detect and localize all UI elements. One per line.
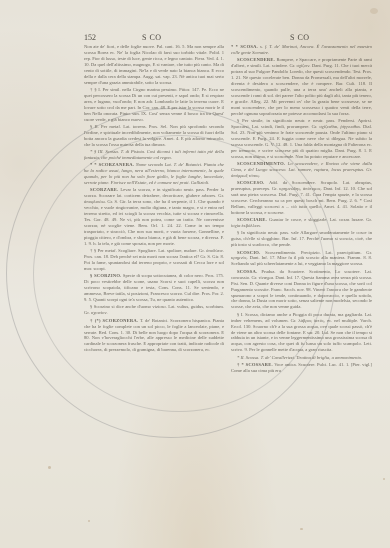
entry-headword: † (*) SCORZONERA. xyxy=(90,318,138,323)
entry-definition: § I. Scossa, diciamo anche a Pioggia di … xyxy=(231,312,372,353)
dictionary-entry: * * SCOSA. s. f. T. de' Marinai, Ancora.… xyxy=(231,44,372,56)
entry-definition: Non ate de' fiori, e delle foglie nuove.… xyxy=(84,44,224,85)
dictionary-entry: SCOSCESO. Add. da Scoscendere. Scrupolo.… xyxy=(231,180,372,216)
dictionary-entry: SCOSCIO. Scoscendimento. Precipizio. Lat… xyxy=(231,250,372,268)
dictionary-entry: § I. Scossa, diciamo anche a Pioggia di … xyxy=(231,312,372,354)
left-column: Non ate de' fiori, e delle foglie nuove.… xyxy=(84,44,224,355)
entry-headword: SCOSCENDIMENTO. xyxy=(237,161,285,166)
entry-headword: SCOSCIARE. xyxy=(237,217,267,222)
dictionary-entry: § In significato neutr. pass. vale Allar… xyxy=(231,230,372,248)
entry-headword: SCOSCENDERE. xyxy=(237,57,275,62)
entry-definition: † § Per metaf. Scogliare. Spogliare. Lat… xyxy=(84,248,224,271)
foxing-spot xyxy=(370,8,378,14)
entry-definition: § Scorzino si dice anche d'uomo vizioso.… xyxy=(84,304,224,315)
dictionary-entry: † (*) SCORZONERA. T. de' Botanici. Scorz… xyxy=(84,318,224,354)
dictionary-entry: SCOSCIARE. Guastar le cosce, e sloggiarl… xyxy=(231,217,372,229)
entry-definition: Add. da Scoscendere. Scrupolo. Lat. abru… xyxy=(231,180,372,215)
entry-headword: * * SCORZANERA. xyxy=(90,162,134,167)
entry-definition: § In significato neutr. pass. vale Allar… xyxy=(231,230,372,247)
foxing-spot xyxy=(383,478,385,480)
foxing-spot xyxy=(300,528,303,530)
entry-definition: † § I. Per simil. nella Cirgno marina pe… xyxy=(84,87,224,122)
foxing-spot xyxy=(88,520,90,522)
entry-definition: Rompere, e Spaccare, e propriamente Part… xyxy=(231,57,372,116)
running-head-left: S CO xyxy=(142,33,162,42)
dictionary-entry: SCOSCENDERE. Rompere, e Spaccare, e prop… xyxy=(231,57,372,117)
entry-headword: SCORZARE. xyxy=(90,187,118,192)
dictionary-entry: * II. Scossa. T. de' Cavallerizzi. Tirat… xyxy=(231,355,372,361)
dictionary-entry: SCOSCENDIMENTO. Lo scoscendere, e Rovina… xyxy=(231,161,372,179)
dictionary-entry: † * SCOSSARE. Voce antica. Scuotere. Pul… xyxy=(231,362,372,374)
dictionary-entry: Non ate de' fiori, e delle foglie nuove.… xyxy=(84,44,224,86)
entry-headword: † * SCOSSARE. xyxy=(237,362,273,367)
entry-headword: * * SCOSA. xyxy=(231,44,258,49)
dictionary-entry: † § Per metaf. Scogliare. Spogliare. Lat… xyxy=(84,248,224,272)
dictionary-entry: § Per simile, in significato neutr. e ne… xyxy=(231,118,372,160)
dictionary-entry: SCORZARE. Levar la scorza, e in signific… xyxy=(84,187,224,247)
dictionary-entry: § II. Per metaf. Lat. torrens. Pros. Sel… xyxy=(84,124,224,148)
entry-headword: SCOSCESO. xyxy=(237,180,264,185)
dictionary-entry: § Scorzino si dice anche d'uomo vizioso.… xyxy=(84,304,224,316)
dictionary-entry: SCOSSA. Pruduz. da Scuotere. Scotimento,… xyxy=(231,269,372,311)
dictionary-entry: * * SCORZANERA. Nome secondo Lat. T. de'… xyxy=(84,162,224,186)
entry-headword: § SCORZINO. xyxy=(90,273,122,278)
dictionary-entry: * § III. Scossa. T. di Pistoia. Così dic… xyxy=(84,149,224,161)
entry-definition: Levar la scorza, e in significato neutr.… xyxy=(84,187,224,246)
entry-definition: § Per simile, in significato neutr. e ne… xyxy=(231,118,372,159)
entry-definition: § II. Per metaf. Lat. torrens. Pros. Sel… xyxy=(84,124,224,147)
entry-definition: * § III. Scossa. T. di Pistoia. Così dic… xyxy=(84,149,224,160)
entry-headword: SCOSCIO. xyxy=(237,250,260,255)
dictionary-entry: † § I. Per simil. nella Cirgno marina pe… xyxy=(84,87,224,123)
running-head-right: S CO xyxy=(290,33,310,42)
entry-headword: SCOSSA. xyxy=(237,269,257,274)
right-column: * * SCOSA. s. f. T. de' Marinai, Ancora.… xyxy=(231,44,372,375)
entry-definition: T. de' Botanici. Scorzonera hispanica. P… xyxy=(84,318,224,353)
dictionary-entry: § SCORZINO. Specie di scopa sottocutanea… xyxy=(84,273,224,303)
entry-definition: * II. Scossa. T. de' Cavallerizzi. Tirat… xyxy=(237,355,362,360)
foxing-spot xyxy=(48,466,51,469)
page-number: 152 xyxy=(84,33,96,42)
entry-definition: Pruduz. da Scuotere. Scotimento, Lo scuo… xyxy=(231,269,372,310)
